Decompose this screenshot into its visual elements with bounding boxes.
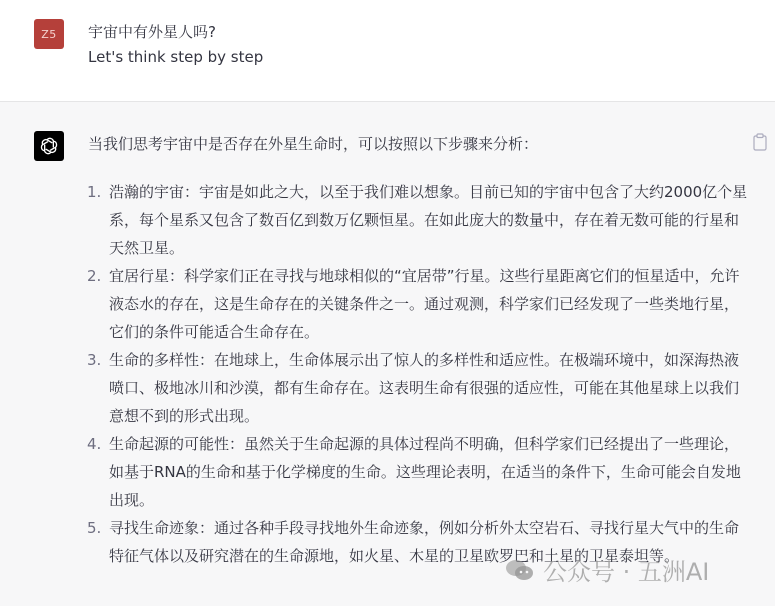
list-item: 4. 生命起源的可能性：虽然关于生命起源的具体过程尚不明确，但科学家们已经提出了…	[88, 430, 748, 514]
list-item: 1. 浩瀚的宇宙：宇宙是如此之大，以至于我们难以想象。目前已知的宇宙中包含了大约…	[88, 178, 748, 262]
clipboard-icon	[752, 133, 768, 151]
user-avatar: Z5	[34, 19, 64, 49]
user-message-line: Let's think step by step	[88, 45, 263, 70]
user-message-row: Z5 宇宙中有外星人吗? Let's think step by step	[0, 0, 775, 102]
list-item-number: 2.	[87, 262, 101, 290]
user-message-text: 宇宙中有外星人吗? Let's think step by step	[88, 20, 263, 70]
list-item: 2. 宜居行星：科学家们正在寻找与地球相似的“宜居带”行星。这些行星距离它们的恒…	[88, 262, 748, 346]
assistant-intro-text: 当我们思考宇宙中是否存在外星生命时，可以按照以下步骤来分析：	[88, 131, 538, 157]
assistant-avatar	[34, 131, 64, 161]
list-item-number: 3.	[87, 346, 101, 374]
list-item-number: 5.	[87, 514, 101, 542]
list-item-text: 生命起源的可能性：虽然关于生命起源的具体过程尚不明确，但科学家们已经提出了一些理…	[109, 435, 741, 509]
list-item-text: 生命的多样性：在地球上，生命体展示出了惊人的多样性和适应性。在极端环境中，如深海…	[109, 351, 739, 425]
list-item-number: 4.	[87, 430, 101, 458]
list-item-text: 宜居行星：科学家们正在寻找与地球相似的“宜居带”行星。这些行星距离它们的恒星适中…	[109, 267, 740, 341]
openai-logo-icon	[39, 136, 59, 156]
list-item: 5. 寻找生命迹象：通过各种手段寻找地外生命迹象，例如分析外太空岩石、寻找行星大…	[88, 514, 748, 570]
list-item-text: 浩瀚的宇宙：宇宙是如此之大，以至于我们难以想象。目前已知的宇宙中包含了大约200…	[109, 183, 747, 257]
list-item-number: 1.	[87, 178, 101, 206]
user-message-line: 宇宙中有外星人吗?	[88, 20, 263, 45]
assistant-message-row: 当我们思考宇宙中是否存在外星生命时，可以按照以下步骤来分析： 1. 浩瀚的宇宙：…	[0, 103, 775, 606]
list-item-text: 寻找生命迹象：通过各种手段寻找地外生命迹象，例如分析外太空岩石、寻找行星大气中的…	[109, 519, 739, 565]
analysis-steps-list: 1. 浩瀚的宇宙：宇宙是如此之大，以至于我们难以想象。目前已知的宇宙中包含了大约…	[88, 178, 748, 570]
list-item: 3. 生命的多样性：在地球上，生命体展示出了惊人的多样性和适应性。在极端环境中，…	[88, 346, 748, 430]
copy-button[interactable]	[752, 133, 768, 151]
user-avatar-initials: Z5	[41, 28, 57, 41]
